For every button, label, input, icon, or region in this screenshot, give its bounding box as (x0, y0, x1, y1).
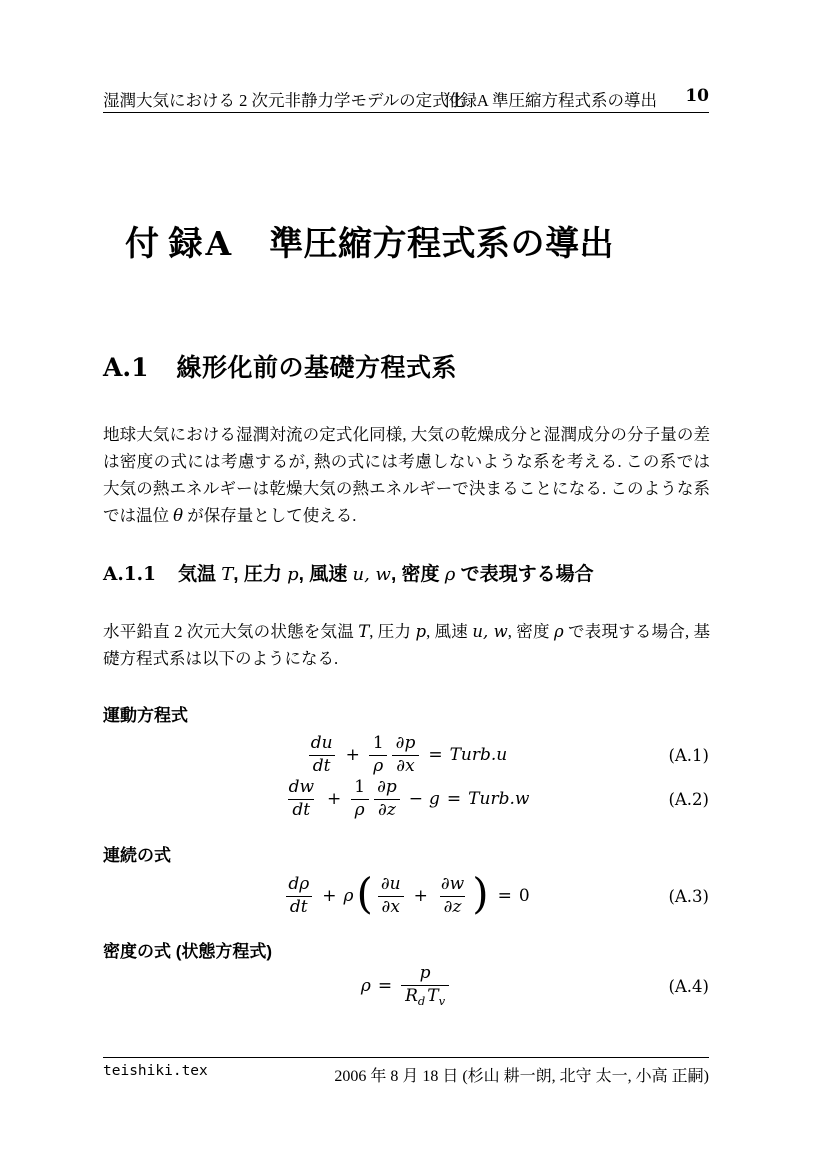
var-uw: u, w (472, 622, 507, 641)
equals-sign: = (428, 745, 442, 765)
running-title-right: 付録A 準圧縮方程式系の導出 (444, 87, 657, 111)
var-rho: ρ (445, 564, 456, 585)
fraction-dp-dz: ∂p ∂z (373, 779, 401, 820)
fraction-drho-dt: dρ dt (284, 876, 313, 917)
var-T: T (358, 622, 369, 641)
body-paragraph: 水平鉛直 2 次元大気の状態を気温 T, 圧力 p, 風速 u, w, 密度 ρ… (103, 618, 710, 672)
turbulence-term: Turb.u (450, 745, 508, 765)
subscript-v: v (439, 994, 446, 1008)
page-number: 10 (685, 86, 709, 106)
equals-sign: = (378, 976, 392, 996)
fraction-du-dt: du dt (307, 735, 337, 776)
section-title: 線形化前の基礎方程式系 (177, 348, 458, 384)
chapter-label: 付 録 (125, 216, 202, 265)
footer-date-authors: 2006 年 8 月 18 日 (杉山 耕一朗, 北守 太一, 小高 正嗣) (334, 1063, 709, 1086)
equation-tag-a4: (A.4) (668, 977, 709, 996)
document-page: 湿潤大気における 2 次元非静力学モデルの定式化 付録A 準圧縮方程式系の導出 … (0, 0, 826, 1169)
header-rule (103, 112, 709, 113)
theta-symbol: θ (173, 506, 183, 525)
fraction-du-dx: ∂u ∂x (377, 876, 405, 917)
intro-paragraph: 地球大気における湿潤対流の定式化同様, 大気の乾燥成分と湿潤成分の分子量の差は密… (103, 421, 710, 529)
equation-tag-a1: (A.1) (668, 746, 709, 765)
equation-label-motion: 運動方程式 (103, 701, 188, 726)
running-head: 湿潤大気における 2 次元非静力学モデルの定式化 付録A 準圧縮方程式系の導出 … (103, 87, 709, 109)
subsection-heading: A.1.1 気温 T, 圧力 p, 風速 u, w, 密度 ρ で表現する場合 (103, 559, 594, 586)
section-heading: A.1 線形化前の基礎方程式系 (103, 348, 457, 384)
equals-sign: = (498, 886, 512, 906)
gravity-term: g (429, 789, 440, 809)
equation-tag-a2: (A.2) (668, 790, 709, 809)
subsection-number: A.1.1 (103, 564, 156, 585)
equation-a4: ρ = p RdTv (A.4) (103, 961, 709, 1011)
equation-label-density: 密度の式 (状態方程式) (103, 937, 272, 962)
var-T: T (221, 564, 233, 585)
equation-a1: du dt + 1 ρ ∂p ∂x = Turb.u (A.1) (103, 731, 709, 779)
equals-sign: = (447, 789, 461, 809)
equation-a2: dw dt + 1 ρ ∂p ∂z − g = Turb.w (A.2) (103, 775, 709, 823)
plus-operator: + (322, 886, 336, 906)
equation-tag-a3: (A.3) (668, 887, 709, 906)
subscript-d: d (418, 994, 425, 1008)
var-p: p (287, 564, 299, 585)
plus-operator: + (346, 745, 360, 765)
denominator-RdTv: RdTv (401, 985, 449, 1007)
plus-operator: + (327, 789, 341, 809)
fraction-1-rho: 1 ρ (350, 779, 369, 820)
footer-rule (103, 1057, 709, 1058)
fraction-dw-dt: dw dt (285, 779, 318, 820)
section-number: A.1 (103, 353, 149, 382)
fraction-dp-dx: ∂p ∂x (392, 735, 420, 776)
rho-coefficient: ρ (343, 886, 353, 906)
rho-symbol: ρ (361, 976, 371, 996)
fraction-1-rho: 1 ρ (369, 735, 388, 776)
equation-a2-formula: dw dt + 1 ρ ∂p ∂z − g = Turb.w (283, 779, 530, 820)
var-rho: ρ (554, 622, 564, 641)
left-paren: ( (356, 873, 372, 915)
intro-text-2: が保存量として使える. (183, 506, 356, 525)
subsection-title: 気温 T, 圧力 p, 風速 u, w, 密度 ρ で表現する場合 (178, 559, 594, 586)
turbulence-term: Turb.w (468, 789, 529, 809)
plus-operator: + (414, 886, 428, 906)
right-paren: ) (472, 873, 488, 915)
minus-operator: − (409, 789, 423, 809)
chapter-title: 準圧縮方程式系の導出 (269, 216, 614, 265)
chapter-heading: 付 録 A 準圧縮方程式系の導出 (125, 216, 614, 265)
equation-label-continuity: 連続の式 (103, 841, 171, 866)
var-p: p (416, 622, 427, 641)
equation-a1-formula: du dt + 1 ρ ∂p ∂x = Turb.u (305, 735, 508, 776)
running-title-left: 湿潤大気における 2 次元非静力学モデルの定式化 (103, 87, 465, 111)
chapter-label-letter: A (205, 224, 231, 263)
fraction-dw-dz: ∂w ∂z (437, 876, 468, 917)
equation-a3-formula: dρ dt + ρ ( ∂u ∂x + ∂w ∂z ) = 0 (282, 875, 529, 917)
zero-value: 0 (519, 886, 530, 906)
equation-a4-formula: ρ = p RdTv (361, 965, 451, 1007)
footer-filename: teishiki.tex (103, 1063, 208, 1079)
equation-a3: dρ dt + ρ ( ∂u ∂x + ∂w ∂z ) = 0 (A.3) (103, 869, 709, 923)
fraction-p-RdTv: p RdTv (401, 965, 449, 1007)
var-uw: u, w (353, 564, 391, 585)
